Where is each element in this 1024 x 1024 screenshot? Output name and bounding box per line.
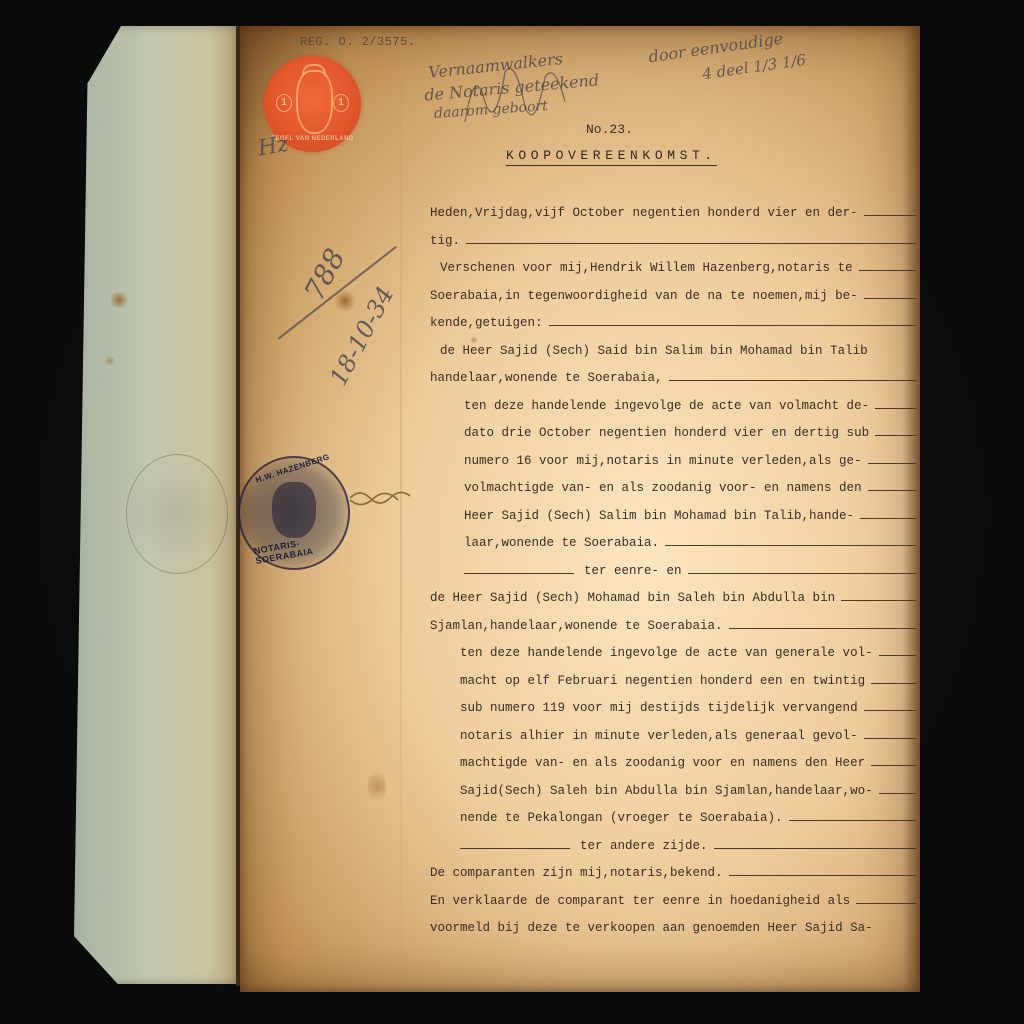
filler-rule [864,298,916,299]
deed-line-text: Soerabaia,in tegenwoordigheid van de na … [430,283,858,311]
filler-rule [464,573,574,574]
deed-line: kende,getuigen: [430,310,918,338]
deed-line-text: de Heer Sajid (Sech) Said bin Salim bin … [440,338,868,366]
filler-rule [669,380,916,381]
deed-line-text: nende te Pekalongan (vroeger te Soerabai… [460,805,783,833]
filler-rule [868,463,916,464]
deed-line-text: sub numero 119 voor mij destijds tijdeli… [460,695,858,723]
filler-rule [871,765,916,766]
filler-rule [868,490,916,491]
deed-line-text: de Heer Sajid (Sech) Mohamad bin Saleh b… [430,585,835,613]
deed-line: En verklaarde de comparant ter eenre in … [430,888,918,916]
stain [104,356,116,366]
seal-top-text: H.W. HAZENBERG [254,452,330,484]
deed-line-text: macht op elf Februari negentien honderd … [460,668,865,696]
deed-line-text: volmachtigde van- en als zoodanig voor- … [464,475,862,503]
deed-line: Sajid(Sech) Saleh bin Abdulla bin Sjamla… [430,778,918,806]
deed-line-text: Sajid(Sech) Saleh bin Abdulla bin Sjamla… [460,778,873,806]
deed-line: ter eenre- en [430,558,918,586]
deed-number: No.23. [586,122,633,137]
filler-rule [871,683,916,684]
filler-rule [875,408,916,409]
deed-page: REG. O. 2/3575. 1 1 ZEGEL VAN NEDERLAND … [240,26,920,992]
deed-line: Verschenen voor mij,Hendrik Willem Hazen… [430,255,918,283]
page-fold [400,26,402,992]
coat-of-arms-icon [296,70,333,134]
deed-line-text: laar,wonende te Soerabaia. [464,530,659,558]
document-cover-flap [74,26,242,984]
filler-rule [460,848,570,849]
deed-line: dato drie October negentien honderd vier… [430,420,918,448]
deed-title: KOOPOVEREENKOMST. [506,148,717,166]
stamp-value-left: 1 [276,94,292,112]
filler-rule [729,875,916,876]
deed-line: voormeld bij deze te verkoopen aan genoe… [430,915,918,943]
filler-rule [665,545,916,546]
deed-line: volmachtigde van- en als zoodanig voor- … [430,475,918,503]
stain [108,292,130,308]
deed-line-text: kende,getuigen: [430,310,543,338]
registration-reference: REG. O. 2/3575. [300,35,416,49]
deed-line: machtigde van- en als zoodanig voor en n… [430,750,918,778]
deed-line-text: ten deze handelende ingevolge de acte va… [464,393,869,421]
deed-line-text: machtigde van- en als zoodanig voor en n… [460,750,865,778]
deed-line: nende te Pekalongan (vroeger te Soerabai… [430,805,918,833]
notary-seal: H.W. HAZENBERG NOTARIS-SOERABAIA [238,456,350,570]
deed-line-text: tig. [430,228,460,256]
deed-line-text: Heer Sajid (Sech) Salim bin Mohamad bin … [464,503,854,531]
deed-line: ten deze handelende ingevolge de acte va… [430,640,918,668]
filler-rule [549,325,916,326]
deed-line-text: En verklaarde de comparant ter eenre in … [430,888,850,916]
filler-rule [856,903,916,904]
filler-rule [879,793,916,794]
stamp-value-right: 1 [333,94,349,112]
deed-line: handelaar,wonende te Soerabaia, [430,365,918,393]
filler-rule [864,710,916,711]
deed-line: sub numero 119 voor mij destijds tijdeli… [430,695,918,723]
filler-rule [879,655,916,656]
deed-line-text: numero 16 voor mij,notaris in minute ver… [464,448,862,476]
deed-line: ter andere zijde. [430,833,918,861]
deed-line: De comparanten zijn mij,notaris,bekend. [430,860,918,888]
deed-line-text: ten deze handelende ingevolge de acte va… [460,640,873,668]
filler-rule [466,243,916,244]
deed-line: Heer Sajid (Sech) Salim bin Mohamad bin … [430,503,918,531]
filler-rule [789,820,916,821]
deed-line-text: notaris alhier in minute verleden,als ge… [460,723,858,751]
stain [368,766,386,806]
filler-rule [841,600,916,601]
deed-line-text: dato drie October negentien honderd vier… [464,420,869,448]
deed-line: de Heer Sajid (Sech) Said bin Salim bin … [430,338,918,366]
deed-line-text: handelaar,wonende te Soerabaia, [430,365,663,393]
filler-rule [864,215,916,216]
deed-line: notaris alhier in minute verleden,als ge… [430,723,918,751]
deed-line: tig. [430,228,918,256]
deed-line-text: Sjamlan,handelaar,wonende te Soerabaia. [430,613,723,641]
deed-line: de Heer Sajid (Sech) Mohamad bin Saleh b… [430,585,918,613]
deed-line: Soerabaia,in tegenwoordigheid van de na … [430,283,918,311]
filler-rule [875,435,916,436]
deed-line-text: voormeld bij deze te verkoopen aan genoe… [430,915,873,943]
coat-of-arms-icon [272,482,316,538]
deed-line: numero 16 voor mij,notaris in minute ver… [430,448,918,476]
deed-line: Sjamlan,handelaar,wonende te Soerabaia. [430,613,918,641]
filler-rule [729,628,916,629]
filler-rule [688,573,916,574]
margin-signature: Hz [256,132,291,162]
filler-rule [859,270,916,271]
faded-seal-impression [126,454,228,574]
deed-line-text: ter andere zijde. [580,833,708,861]
deed-line-text: Verschenen voor mij,Hendrik Willem Hazen… [440,255,853,283]
deed-line: macht op elf Februari negentien honderd … [430,668,918,696]
deed-line-text: De comparanten zijn mij,notaris,bekend. [430,860,723,888]
deed-line-text: Heden,Vrijdag,vijf October negentien hon… [430,200,858,228]
deed-line-text: ter eenre- en [584,558,682,586]
deed-line: Heden,Vrijdag,vijf October negentien hon… [430,200,918,228]
binding-cord [350,488,410,508]
deed-line: ten deze handelende ingevolge de acte va… [430,393,918,421]
deed-line: laar,wonende te Soerabaia. [430,530,918,558]
filler-rule [860,518,916,519]
deed-body: Heden,Vrijdag,vijf October negentien hon… [430,200,918,943]
filler-rule [864,738,916,739]
filler-rule [714,848,916,849]
